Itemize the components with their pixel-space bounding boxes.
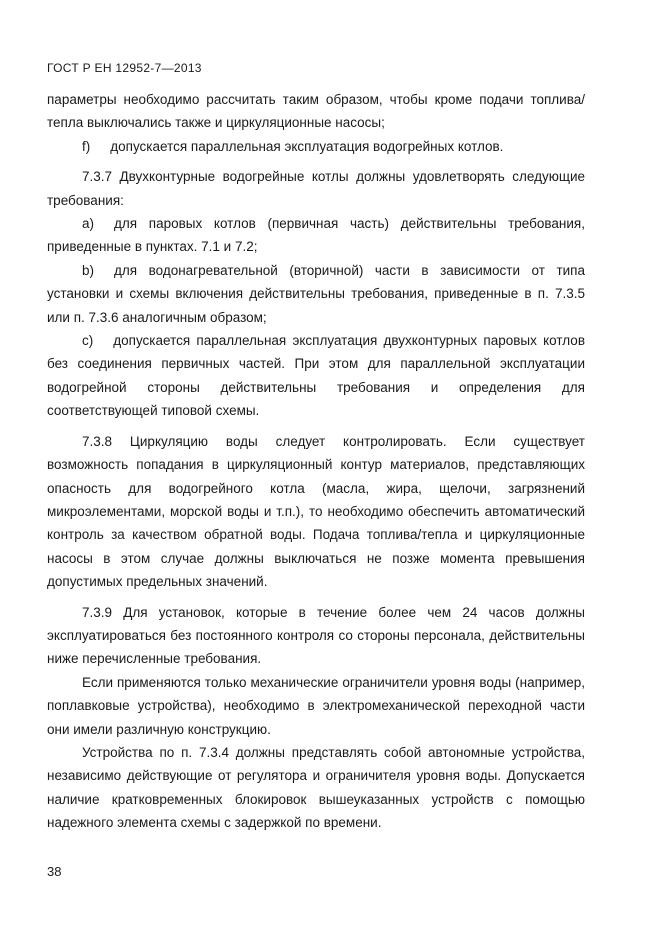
body-paragraph: Устройства по п. 7.3.4 должны представля… — [47, 741, 585, 835]
list-item-label: b) — [82, 263, 94, 278]
body-paragraph: Если применяются только механические огр… — [47, 671, 585, 741]
list-item-label: c) — [82, 333, 93, 348]
list-item-text: допускается параллельная эксплуатация дв… — [47, 333, 585, 418]
list-item-paragraph: f)допускается параллельная эксплуатация … — [47, 135, 585, 158]
page-number: 38 — [47, 864, 61, 879]
section-paragraph: 7.3.9 Для установок, которые в течение б… — [47, 601, 585, 671]
list-item-paragraph: b)для водонагревательной (вторичной) час… — [47, 259, 585, 329]
list-item-text: допускается параллельная эксплуатация во… — [110, 139, 503, 154]
body-paragraph: параметры необходимо рассчитать таким об… — [47, 88, 585, 135]
list-item-paragraph: c)допускается параллельная эксплуатация … — [47, 329, 585, 423]
document-header: ГОСТ Р ЕН 12952-7—2013 — [47, 61, 202, 75]
section-number: 7.3.9 — [82, 605, 112, 620]
list-item-text: для водонагревательной (вторичной) части… — [47, 263, 585, 325]
list-item-text: для паровых котлов (первичная часть) дей… — [47, 216, 585, 254]
list-item-paragraph: a)для паровых котлов (первичная часть) д… — [47, 212, 585, 259]
section-text: Для установок, которые в течение более ч… — [47, 605, 585, 667]
section-text: Двухконтурные водогрейные котлы должны у… — [47, 169, 585, 207]
section-paragraph: 7.3.7 Двухконтурные водогрейные котлы до… — [47, 165, 585, 212]
list-item-label: f) — [82, 139, 90, 154]
document-page: ГОСТ Р ЕН 12952-7—2013 параметры необход… — [0, 0, 661, 935]
section-number: 7.3.7 — [82, 169, 112, 184]
document-body: параметры необходимо рассчитать таким об… — [47, 88, 585, 835]
list-item-label: a) — [82, 216, 94, 231]
section-text: Циркуляцию воды следует контролировать. … — [47, 434, 585, 589]
section-number: 7.3.8 — [82, 434, 112, 449]
section-paragraph: 7.3.8 Циркуляцию воды следует контролиро… — [47, 430, 585, 594]
